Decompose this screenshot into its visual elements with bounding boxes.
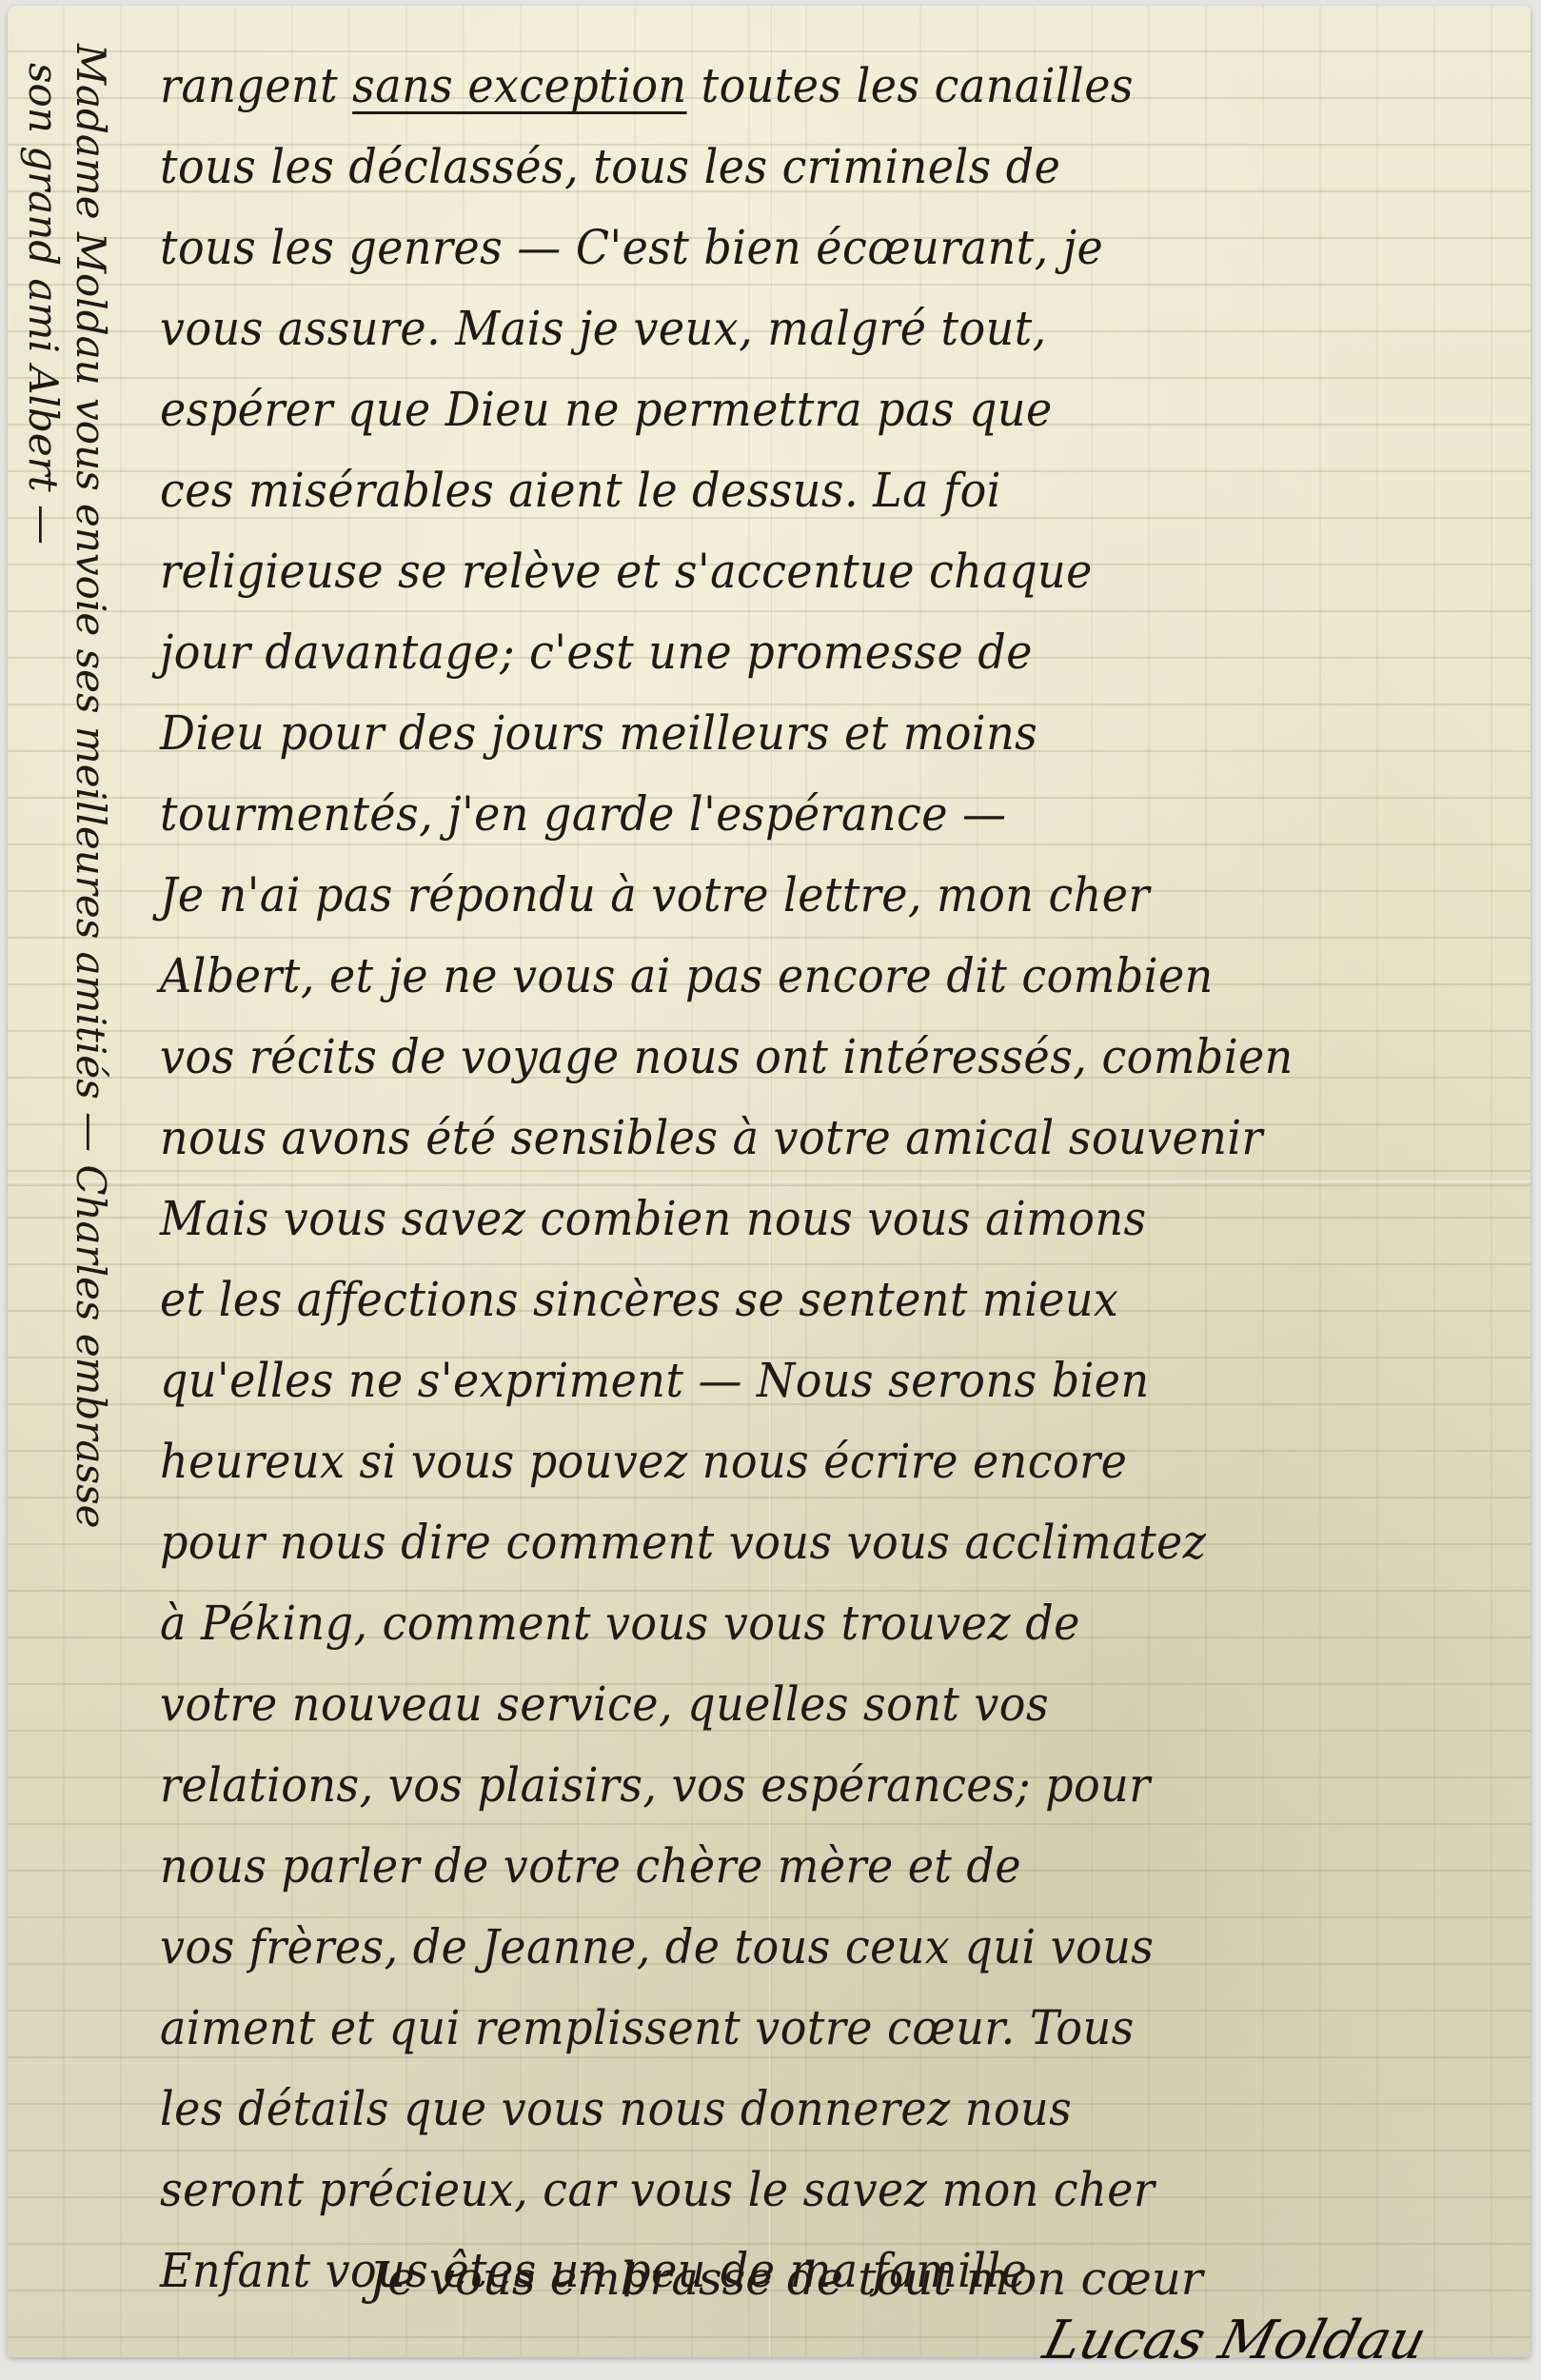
letter-body: rangent sans exception toutes les canail… [160, 46, 1511, 2311]
letter-line: Albert, et je ne vous ai pas encore dit … [160, 936, 1403, 1017]
letter-line: Je n'ai pas répondu à votre lettre, mon … [160, 855, 1403, 936]
margin-note-line-1: Madame Moldau vous envoie ses meilleures… [68, 44, 114, 1528]
letter-line: tous les genres — C'est bien écœurant, j… [160, 208, 1403, 288]
letter-line: Dieu pour des jours meilleurs et moins [160, 693, 1403, 774]
letter-line: relations, vos plaisirs, vos espérances;… [160, 1745, 1403, 1826]
letter-line: aiment et qui remplissent votre cœur. To… [160, 1988, 1403, 2069]
letter-line: Mais vous savez combien nous vous aimons [160, 1179, 1403, 1259]
letter-line: ces misérables aient le dessus. La foi [160, 450, 1403, 531]
margin-note-line-2: son grand ami Albert — [20, 63, 67, 545]
underlined-phrase: sans exception [352, 58, 686, 113]
letter-line: pour nous dire comment vous vous acclima… [160, 1502, 1403, 1583]
letter-line: tourmentés, j'en garde l'espérance — [160, 774, 1403, 855]
letter-line: espérer que Dieu ne permettra pas que [160, 369, 1403, 450]
signature: Lucas Moldau [1037, 2310, 1432, 2371]
letter-closing: Je vous embrasse de tout mon cœur [369, 2252, 1203, 2306]
letter-line: nous parler de votre chère mère et de [160, 1826, 1403, 1907]
letter-line: vous assure. Mais je veux, malgré tout, [160, 288, 1403, 369]
letter-line: qu'elles ne s'expriment — Nous serons bi… [160, 1340, 1403, 1421]
letter-line: nous avons été sensibles à votre amical … [160, 1098, 1403, 1179]
letter-line: jour davantage; c'est une promesse de [160, 612, 1403, 693]
letter-line: religieuse se relève et s'accentue chaqu… [160, 531, 1403, 612]
letter-line: les détails que vous nous donnerez nous [160, 2069, 1403, 2150]
letter-page: Madame Moldau vous envoie ses meilleures… [8, 6, 1531, 2357]
letter-line: à Péking, comment vous vous trouvez de [160, 1583, 1403, 1664]
letter-line: rangent sans exception toutes les canail… [160, 46, 1403, 127]
letter-line: tous les déclassés, tous les criminels d… [160, 127, 1403, 208]
letter-line: heureux si vous pouvez nous écrire encor… [160, 1421, 1403, 1502]
letter-line: et les affections sincères se sentent mi… [160, 1259, 1403, 1340]
letter-line: vos frères, de Jeanne, de tous ceux qui … [160, 1907, 1403, 1988]
letter-line: seront précieux, car vous le savez mon c… [160, 2150, 1403, 2231]
letter-line: vos récits de voyage nous ont intéressés… [160, 1017, 1403, 1098]
letter-line: votre nouveau service, quelles sont vos [160, 1664, 1403, 1745]
